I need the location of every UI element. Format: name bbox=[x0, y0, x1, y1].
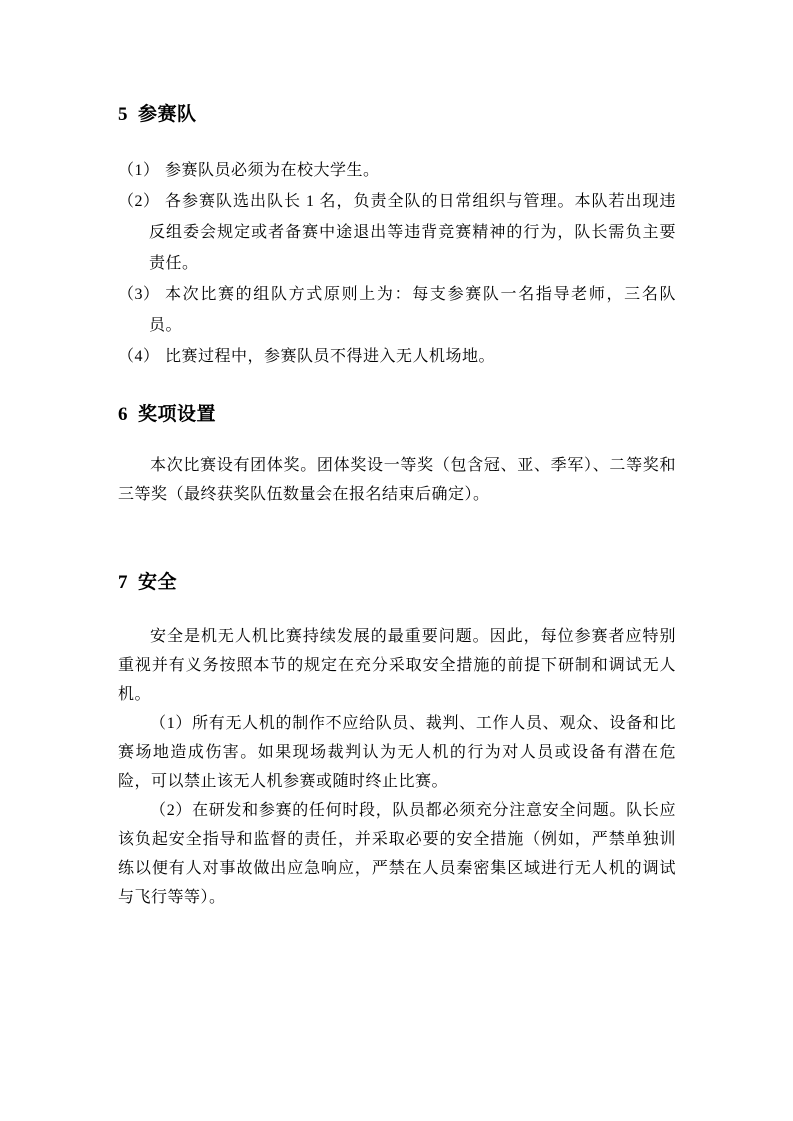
section-teams: 5参赛队 （1） 参赛队员必须为在校大学生。 （2） 各参赛队选出队长 1 名，… bbox=[118, 100, 676, 372]
teams-numbered-list: （1） 参赛队员必须为在校大学生。 （2） 各参赛队选出队长 1 名，负责全队的… bbox=[118, 155, 676, 372]
section-safety-number: 7 bbox=[118, 572, 128, 593]
document-page: 5参赛队 （1） 参赛队员必须为在校大学生。 （2） 各参赛队选出队长 1 名，… bbox=[0, 0, 793, 1121]
list-item: （1） 参赛队员必须为在校大学生。 bbox=[118, 155, 676, 186]
awards-paragraph: 本次比赛设有团体奖。团体奖设一等奖（包含冠、亚、季军）、二等奖和三等奖（最终获奖… bbox=[118, 451, 676, 509]
list-item: （4） 比赛过程中，参赛队员不得进入无人机场地。 bbox=[118, 341, 676, 372]
safety-paragraph: （1）所有无人机的制作不应给队员、裁判、工作人员、观众、设备和比赛场地造成伤害。… bbox=[118, 709, 676, 796]
list-item: （3） 本次比赛的组队方式原则上为：每支参赛队一名指导老师，三名队员。 bbox=[118, 279, 676, 341]
safety-paragraph: 安全是机无人机比赛持续发展的最重要问题。因此，每位参赛者应特别重视并有义务按照本… bbox=[118, 622, 676, 709]
list-item-marker: （4） bbox=[118, 341, 160, 372]
safety-paragraph: （2）在研发和参赛的任何时段，队员都必须充分注意安全问题。队长应该负起安全指导和… bbox=[118, 796, 676, 912]
list-item-text: 比赛过程中，参赛队员不得进入无人机场地。 bbox=[165, 348, 495, 365]
list-item-text: 各参赛队选出队长 1 名，负责全队的日常组织与管理。本队若出现违反组委会规定或者… bbox=[149, 193, 676, 272]
list-item-text: 本次比赛的组队方式原则上为：每支参赛队一名指导老师，三名队员。 bbox=[149, 286, 676, 334]
list-item-marker: （3） bbox=[118, 279, 160, 310]
section-awards-heading: 6奖项设置 bbox=[118, 400, 676, 430]
section-awards: 6奖项设置 本次比赛设有团体奖。团体奖设一等奖（包含冠、亚、季军）、二等奖和三等… bbox=[118, 400, 676, 509]
section-teams-title: 参赛队 bbox=[138, 104, 197, 125]
list-item: （2） 各参赛队选出队长 1 名，负责全队的日常组织与管理。本队若出现违反组委会… bbox=[118, 186, 676, 279]
section-safety: 7安全 安全是机无人机比赛持续发展的最重要问题。因此，每位参赛者应特别重视并有义… bbox=[118, 568, 676, 912]
section-awards-number: 6 bbox=[118, 404, 128, 425]
list-item-marker: （2） bbox=[118, 186, 160, 217]
list-item-marker: （1） bbox=[118, 155, 160, 186]
section-safety-title: 安全 bbox=[138, 572, 177, 593]
section-safety-heading: 7安全 bbox=[118, 568, 676, 598]
section-teams-number: 5 bbox=[118, 104, 128, 125]
section-awards-title: 奖项设置 bbox=[138, 404, 216, 425]
list-item-text: 参赛队员必须为在校大学生。 bbox=[165, 162, 380, 179]
section-teams-heading: 5参赛队 bbox=[118, 100, 676, 130]
